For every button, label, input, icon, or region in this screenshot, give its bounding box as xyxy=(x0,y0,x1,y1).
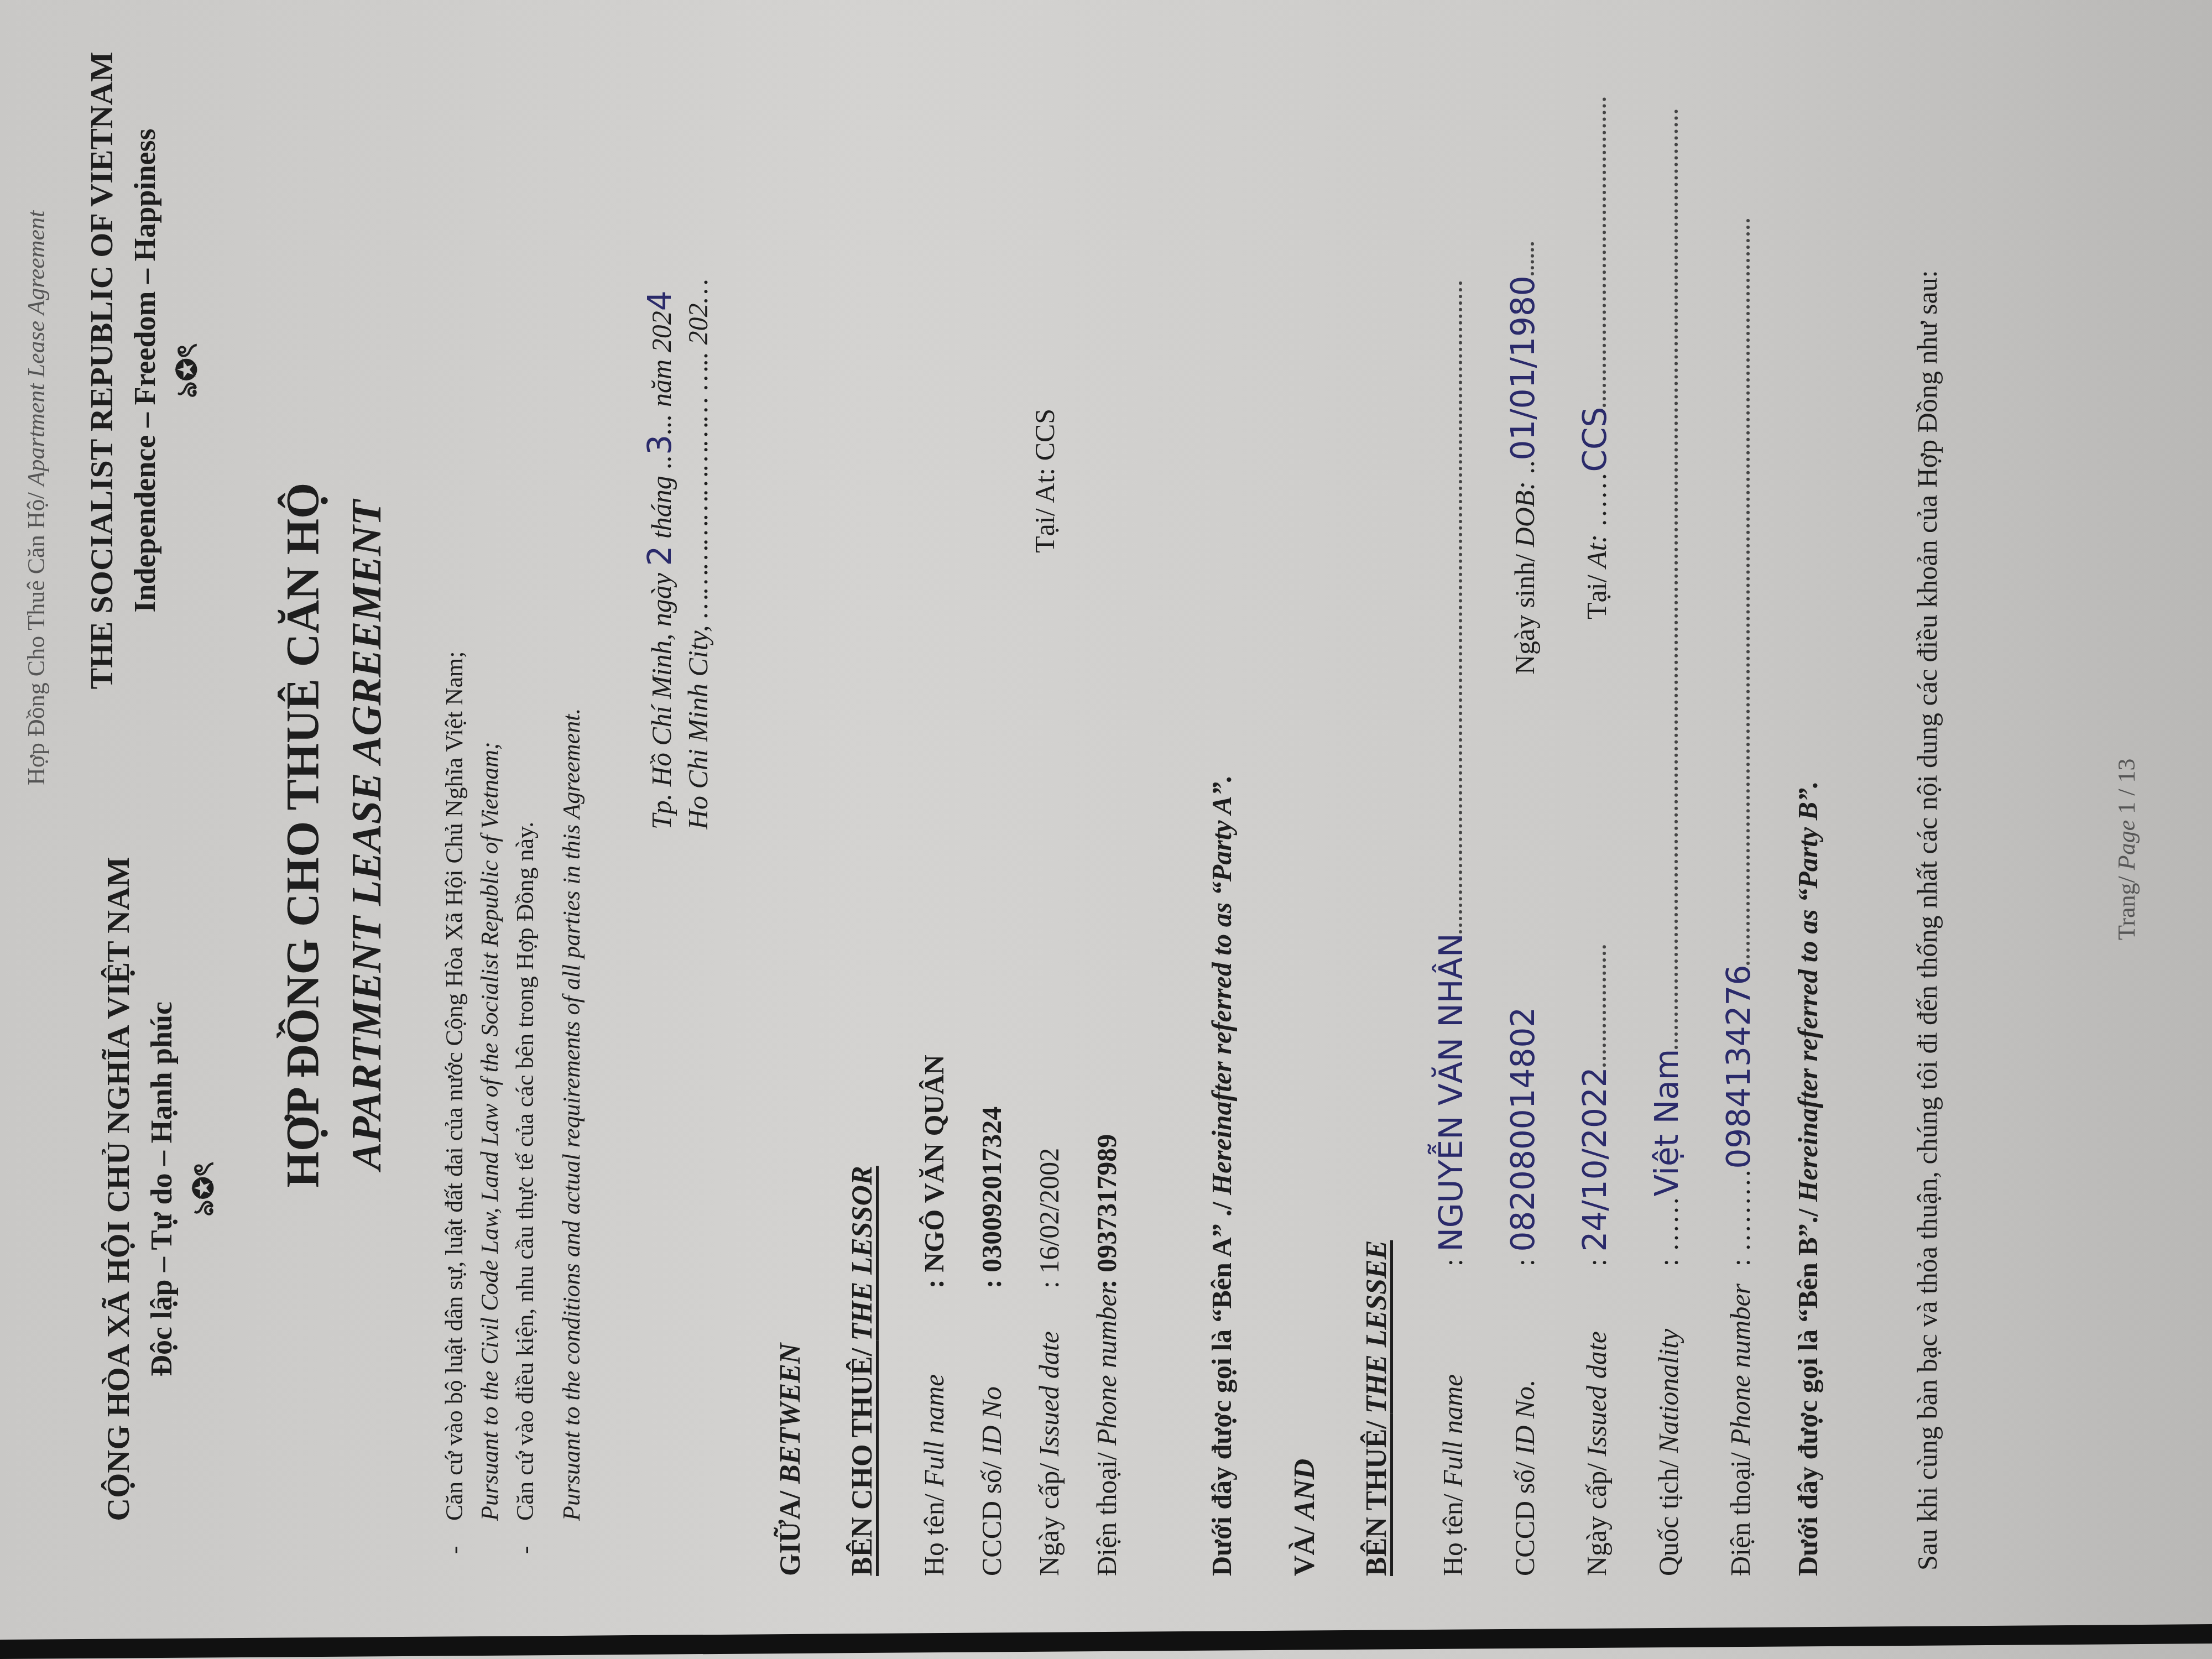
dotted-line xyxy=(1653,109,1678,1049)
lessee-issued-date-row: Ngày cấp/ Issued date: 24/10/2022 xyxy=(1576,945,1614,1576)
dotted-line xyxy=(1438,281,1462,933)
bullet-icon: - xyxy=(508,1546,543,1554)
lessee-issued-at-field[interactable]: CCS xyxy=(1576,407,1614,472)
running-header: Hợp Đồng Cho Thuê Căn Hộ/ Apartment Leas… xyxy=(22,211,50,785)
dotted-line xyxy=(1582,97,1606,407)
preamble: - Căn cứ vào bộ luật dân sự, luật đất đa… xyxy=(437,651,589,1521)
page-footer: Trang/ Page 1 / 13 xyxy=(2112,759,2141,940)
national-header-vn: CỘNG HÒA XÃ HỘI CHỦ NGHĨA VIỆT NAM Độc l… xyxy=(100,802,229,1576)
lessor-issued-date: : 16/02/2002 xyxy=(1034,1148,1065,1288)
page-number: 1 / 13 xyxy=(2113,759,2140,820)
country-name-vn: CỘNG HÒA XÃ HỘI CHỦ NGHĨA VIỆT NAM xyxy=(100,802,137,1576)
lessee-nationality-row: Quốc tịch/ Nationality: ……Việt Nam xyxy=(1648,109,1686,1576)
motto-vn: Độc lập – Tự do – Hạnh phúc xyxy=(144,802,179,1576)
lessor-details: Họ tên/ Full name: NGÔ VĂN QUÂN CCCD số/… xyxy=(918,1055,1148,1576)
lessee-nationality-field[interactable]: Việt Nam xyxy=(1648,1049,1686,1197)
and-heading: VÀ/ AND xyxy=(1288,1459,1321,1576)
lessor-heading: BÊN CHO THUÊ/ THE LESSOR xyxy=(846,1166,879,1576)
lessee-phone-field[interactable]: 0984134276 xyxy=(1720,965,1757,1169)
closing-paragraph: Sau khi cùng bàn bạc và thỏa thuận, chún… xyxy=(1902,77,1952,1571)
handwritten-month[interactable]: 3 xyxy=(641,435,679,455)
lessor-full-name: : NGÔ VĂN QUÂN xyxy=(919,1055,950,1288)
national-header-en: THE SOCIALIST REPUBLIC OF VIETNAM Indepe… xyxy=(83,0,212,758)
dotted-line xyxy=(1725,218,1750,965)
country-name-en: THE SOCIALIST REPUBLIC OF VIETNAM xyxy=(83,0,120,758)
bullet-icon: - xyxy=(437,1546,472,1554)
lessee-dob-field[interactable]: 01/01/1980 xyxy=(1504,275,1542,460)
lessor-id-row: CCCD số/ ID No: 030092017324 xyxy=(975,1055,1008,1576)
party-a-note: Dưới đây được gọi là “Bên A” ./ Hereinaf… xyxy=(1206,775,1238,1576)
ornament-icon: ঌ✪ৎ xyxy=(183,802,229,1576)
lessee-full-name-field[interactable]: NGUYỄN VĂN NHÂN xyxy=(1432,933,1470,1252)
document-title-vn: HỢP ĐỒNG CHO THUÊ CĂN HỘ xyxy=(276,365,330,1305)
lessee-dob-row: Ngày sinh/ DOB: ..01/01/1980 xyxy=(1504,242,1542,675)
signing-place: Tại/ At: CCS xyxy=(1029,409,1061,553)
lessor-full-name-row: Họ tên/ Full name: NGÔ VĂN QUÂN xyxy=(918,1055,950,1576)
date-en: Ho Chi Minh City, ……………………… ….. 202… xyxy=(680,279,716,830)
lessee-full-name-row: Họ tên/ Full name: NGUYỄN VĂN NHÂN xyxy=(1432,281,1470,1576)
lessor-phone: : 0937317989 xyxy=(1091,1134,1122,1288)
preamble-item-en: Pursuant to the conditions and actual re… xyxy=(554,651,589,1521)
date-line: Tp. Hồ Chí Minh, ngày 2 tháng ..3... năm… xyxy=(641,279,716,830)
date-vn: Tp. Hồ Chí Minh, ngày 2 tháng ..3... năm… xyxy=(641,279,680,830)
lessee-issued-date-field[interactable]: 24/10/2022 xyxy=(1576,1067,1614,1251)
preamble-item: - Căn cứ vào bộ luật dân sự, luật đất đa… xyxy=(437,651,472,1521)
document-title-en: APARTMENT LEASE AGREEMENT xyxy=(343,365,391,1305)
lessee-id-field[interactable]: 082080014802 xyxy=(1504,1007,1542,1252)
lessor-issued-date-row: Ngày cấp/ Issued date: 16/02/2002 xyxy=(1033,1055,1065,1576)
preamble-item-en: Pursuant to the Civil Code Law, Land Law… xyxy=(472,651,508,1521)
handwritten-day[interactable]: 2 xyxy=(641,546,679,566)
motto-en: Independence – Freedom – Happiness xyxy=(128,0,162,758)
party-b-note: Dưới đây được gọi là “Bên B”./ Hereinaft… xyxy=(1792,781,1824,1576)
handwritten-year-digit[interactable]: 4 xyxy=(641,290,679,311)
lessee-id-row: CCCD số/ ID No.: 082080014802 xyxy=(1504,1007,1542,1576)
contract-page: Hợp Đồng Cho Thuê Căn Hộ/ Apartment Leas… xyxy=(0,0,2212,1659)
ornament-icon: ঌ✪ৎ xyxy=(166,0,212,758)
dotted-line xyxy=(1582,945,1606,1067)
dotted-line xyxy=(1510,242,1534,275)
lessee-phone-row: Điện thoại/ Phone number: ………0984134276 xyxy=(1720,218,1757,1576)
lessee-heading: BÊN THUÊ/ THE LESSEE xyxy=(1360,1240,1393,1576)
lessee-issued-at-row: Tại/ At: ……CCS xyxy=(1576,97,1614,619)
preamble-item: - Căn cứ vào điều kiện, nhu cầu thực tế … xyxy=(508,651,543,1521)
lessor-id-no: : 030092017324 xyxy=(976,1107,1007,1288)
between-heading: GIỮA/ BETWEEN xyxy=(774,1343,807,1576)
lessor-phone-row: Điện thoại/ Phone number: 0937317989 xyxy=(1091,1055,1123,1576)
